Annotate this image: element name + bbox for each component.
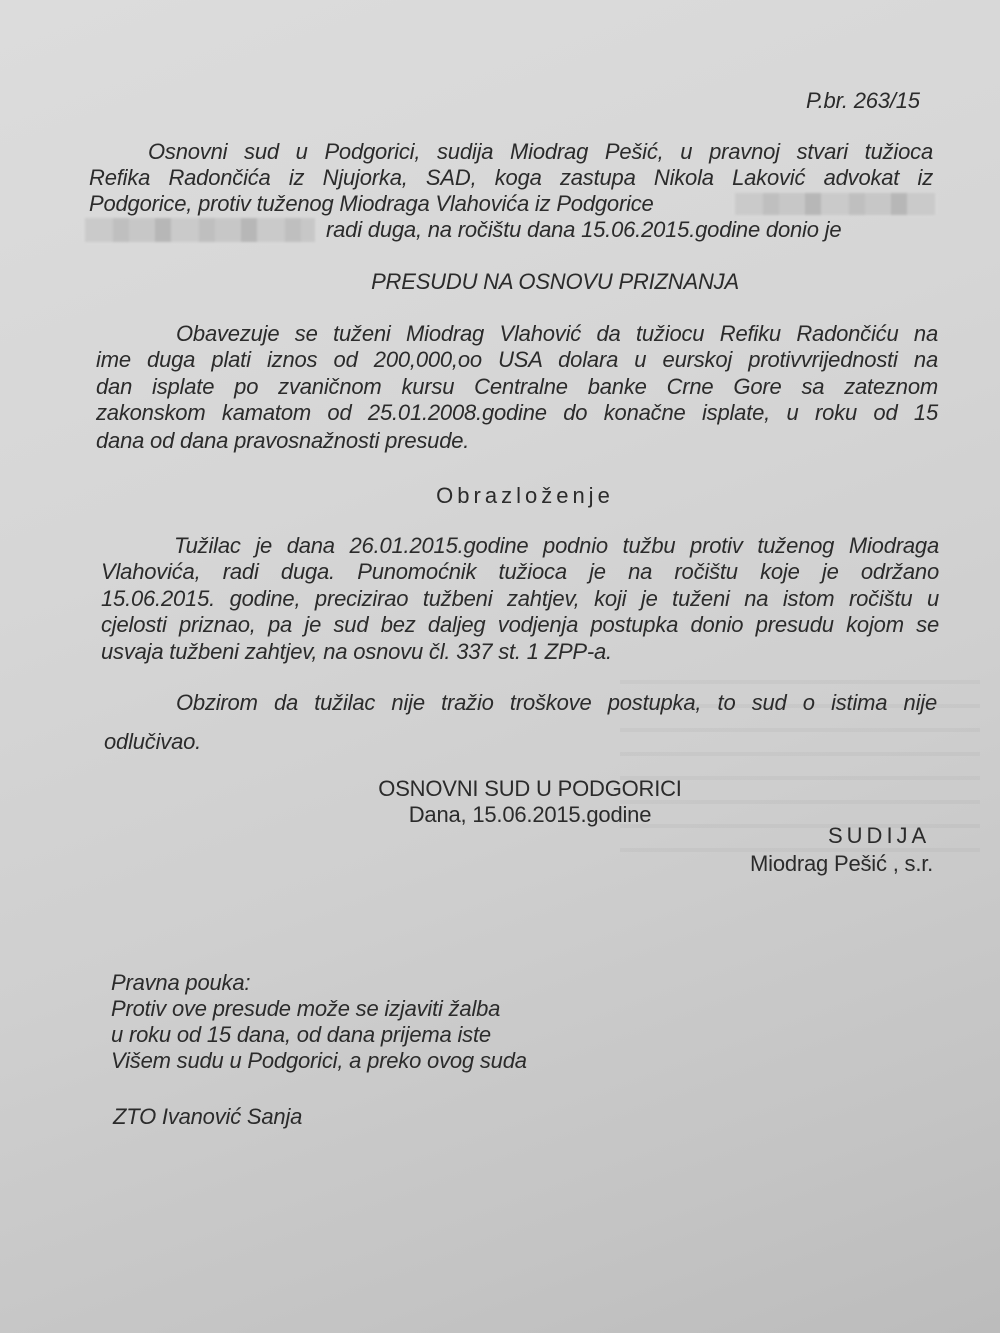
legal-notice-line: Višem sudu u Podgorici, a preko ovog sud…	[111, 1048, 527, 1074]
court-name: OSNOVNI SUD U PODGORICI	[0, 776, 1000, 802]
reasoning-line: Vlahovića, radi duga. Punomoćnik tužioca…	[101, 559, 939, 585]
case-number: P.br. 263/15	[806, 88, 920, 114]
costs-line: odlučivao.	[104, 729, 201, 755]
costs-line: Obzirom da tužilac nije tražio troškove …	[176, 690, 937, 716]
verdict-line: ime duga plati iznos od 200,000,oo USA d…	[96, 347, 938, 373]
redacted-address-block	[735, 193, 935, 215]
clerk-signature: ZTO Ivanović Sanja	[113, 1104, 302, 1130]
legal-notice-line: Protiv ove presude može se izjaviti žalb…	[111, 996, 500, 1022]
reasoning-title: Obrazloženje	[0, 483, 1000, 509]
verdict-title: PRESUDU NA OSNOVU PRIZNANJA	[0, 269, 1000, 295]
judge-title: SUDIJA	[828, 823, 930, 849]
court-judgment-page: P.br. 263/15 Osnovni sud u Podgorici, su…	[0, 0, 1000, 1333]
intro-line: Podgorice, protiv tuženog Miodraga Vlaho…	[89, 191, 654, 217]
reasoning-line: cjelosti priznao, pa je sud bez daljeg v…	[101, 612, 939, 638]
verdict-line: Obavezuje se tuženi Miodrag Vlahović da …	[176, 321, 938, 347]
reasoning-line: Tužilac je dana 26.01.2015.godine podnio…	[174, 533, 939, 559]
legal-notice-line: u roku od 15 dana, od dana prijema iste	[111, 1022, 491, 1048]
reasoning-line: usvaja tužbeni zahtjev, na osnovu čl. 33…	[101, 639, 612, 665]
reasoning-line: 15.06.2015. godine, precizirao tužbeni z…	[101, 586, 939, 612]
legal-notice-heading: Pravna pouka:	[111, 970, 250, 996]
judge-name: Miodrag Pešić , s.r.	[750, 851, 933, 877]
intro-line: Refika Radončića iz Njujorka, SAD, koga …	[89, 165, 933, 191]
intro-line: Osnovni sud u Podgorici, sudija Miodrag …	[148, 139, 933, 165]
verdict-line: dana od dana pravosnažnosti presude.	[96, 428, 469, 454]
verdict-line: zakonskom kamatom od 25.01.2008.godine d…	[96, 400, 938, 426]
verdict-line: dan isplate po zvaničnom kursu Centralne…	[96, 374, 938, 400]
redacted-address-block	[85, 218, 315, 242]
intro-line: radi duga, na ročištu dana 15.06.2015.go…	[326, 217, 841, 243]
